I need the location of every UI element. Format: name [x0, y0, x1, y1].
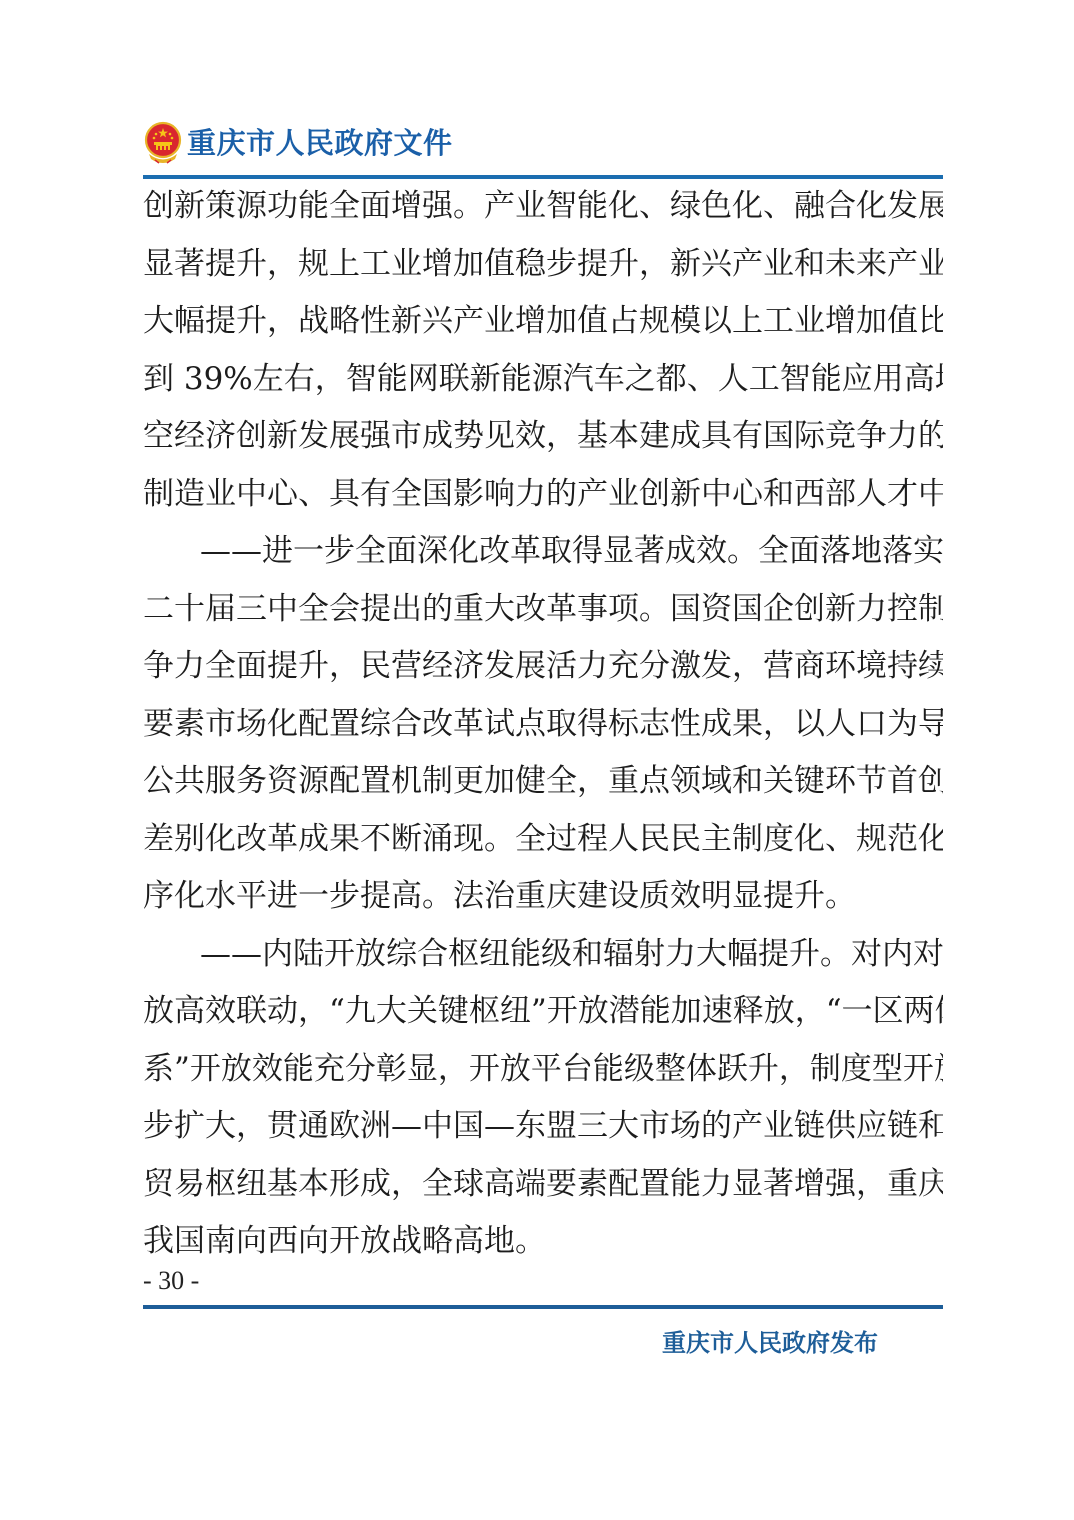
- body-text-line: 步扩大，贯通欧洲—中国—东盟三大市场的产业链供应链和物流: [143, 1098, 943, 1156]
- footer-divider: [143, 1305, 943, 1309]
- body-text-line: ——进一步全面深化改革取得显著成效。全面落地落实党的: [143, 523, 943, 581]
- document-title: 重庆市人民政府文件: [187, 121, 453, 165]
- document-header: 重庆市人民政府文件: [143, 118, 453, 168]
- publisher-label: 重庆市人民政府发布: [662, 1325, 878, 1361]
- body-text-line: 贸易枢纽基本形成，全球高端要素配置能力显著增强，重庆成为: [143, 1156, 943, 1214]
- body-text-line: 到 39%左右，智能网联新能源汽车之都、人工智能应用高地、低: [143, 351, 943, 409]
- body-text-line: 二十届三中全会提出的重大改革事项。国资国企创新力控制力竞: [143, 581, 943, 639]
- body-text-line: 我国南向西向开放战略高地。: [143, 1213, 943, 1271]
- body-text-line: 创新策源功能全面增强。产业智能化、绿色化、融合化发展水平: [143, 178, 943, 236]
- body-text-line: 系”开放效能充分彰显，开放平台能级整体跃升，制度型开放稳: [143, 1041, 943, 1099]
- document-body: 创新策源功能全面增强。产业智能化、绿色化、融合化发展水平显著提升，规上工业增加值…: [143, 178, 943, 1271]
- body-text-line: ——内陆开放综合枢纽能级和辐射力大幅提升。对内对外开: [143, 926, 943, 984]
- body-text-line: 差别化改革成果不断涌现。全过程人民民主制度化、规范化、程: [143, 811, 943, 869]
- body-text-line: 公共服务资源配置机制更加健全，重点领域和关键环节首创性、: [143, 753, 943, 811]
- body-text-line: 争力全面提升，民营经济发展活力充分激发，营商环境持续优化，: [143, 638, 943, 696]
- body-text-line: 空经济创新发展强市成势见效，基本建成具有国际竞争力的先进: [143, 408, 943, 466]
- body-text-line: 大幅提升，战略性新兴产业增加值占规模以上工业增加值比重达: [143, 293, 943, 351]
- body-text-line: 要素市场化配置综合改革试点取得标志性成果，以人口为导向的: [143, 696, 943, 754]
- national-emblem-icon: [143, 121, 183, 165]
- body-text-line: 序化水平进一步提高。法治重庆建设质效明显提升。: [143, 868, 943, 926]
- body-text-line: 显著提升，规上工业增加值稳步提升，新兴产业和未来产业占比: [143, 236, 943, 294]
- body-text-line: 放高效联动，“九大关键枢纽”开放潜能加速释放，“一区两体: [143, 983, 943, 1041]
- body-text-line: 制造业中心、具有全国影响力的产业创新中心和西部人才中心。: [143, 466, 943, 524]
- page-number: - 30 -: [143, 1265, 199, 1297]
